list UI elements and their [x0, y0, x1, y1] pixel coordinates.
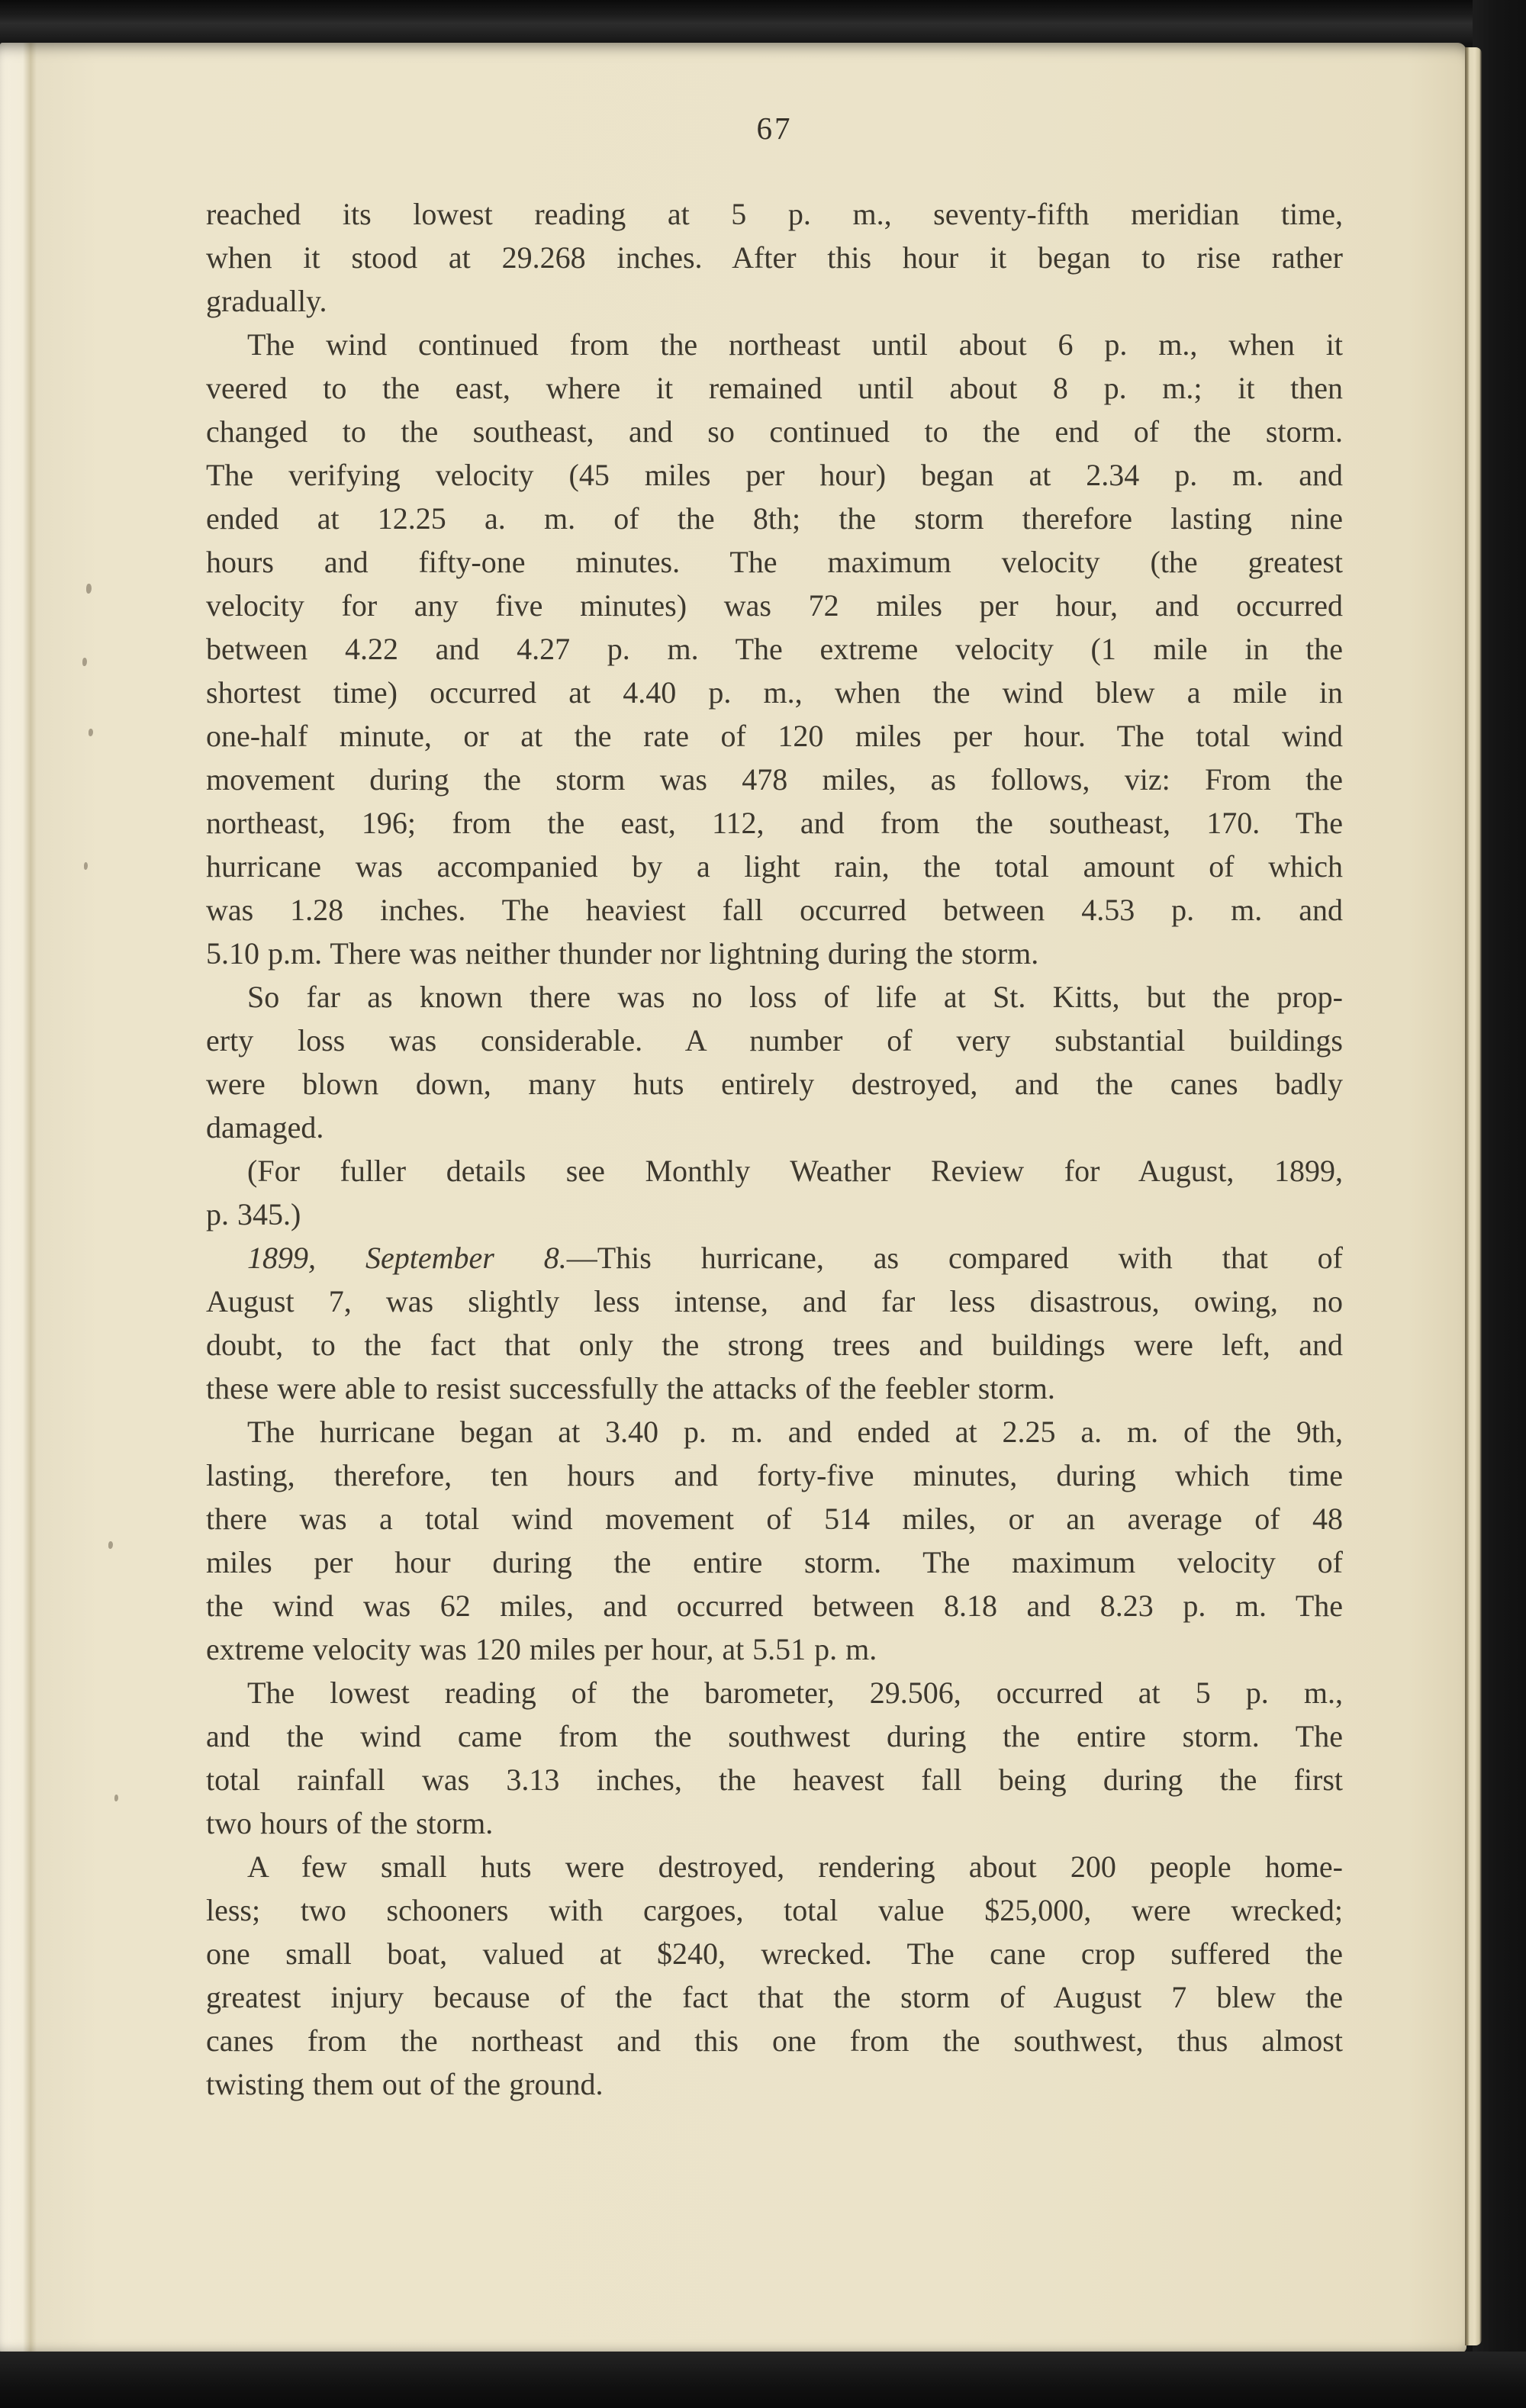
text-line: ended at 12.25 a. m. of the 8th; the sto… — [206, 497, 1343, 540]
text-line: A few small huts were destroyed, renderi… — [206, 1845, 1343, 1888]
text-line: hurricane was accompanied by a light rai… — [206, 845, 1343, 888]
paragraph: (For fuller details see Monthly Weather … — [206, 1149, 1343, 1236]
text-line: one small boat, valued at $240, wrecked.… — [206, 1932, 1343, 1975]
paragraph: A few small huts were destroyed, renderi… — [206, 1845, 1343, 2106]
text-line: The wind continued from the northeast un… — [206, 323, 1343, 366]
text-line: there was a total wind movement of 514 m… — [206, 1497, 1343, 1540]
text-line: gradually. — [206, 279, 1343, 323]
text-line: these were able to resist successfully t… — [206, 1367, 1343, 1410]
text-line: between 4.22 and 4.27 p. m. The extreme … — [206, 627, 1343, 671]
text-line: less; two schooners with cargoes, total … — [206, 1888, 1343, 1932]
text-line: and the wind came from the southwest dur… — [206, 1714, 1343, 1758]
text-line: one-half minute, or at the rate of 120 m… — [206, 714, 1343, 758]
text-line: The verifying velocity (45 miles per hou… — [206, 453, 1343, 497]
text-line: miles per hour during the entire storm. … — [206, 1540, 1343, 1584]
text-line: velocity for any five minutes) was 72 mi… — [206, 584, 1343, 627]
text-line: greatest injury because of the fact that… — [206, 1975, 1343, 2019]
text-line: changed to the southeast, and so continu… — [206, 410, 1343, 453]
paragraph: The lowest reading of the barometer, 29.… — [206, 1671, 1343, 1845]
text-line: (For fuller details see Monthly Weather … — [206, 1149, 1343, 1193]
paragraph: reached its lowest reading at 5 p. m., s… — [206, 192, 1343, 323]
text-segment: —This hurricane, as compared with that o… — [567, 1241, 1343, 1275]
text-block: reached its lowest reading at 5 p. m., s… — [206, 192, 1343, 2106]
text-line: The lowest reading of the barometer, 29.… — [206, 1671, 1343, 1714]
text-line: shortest time) occurred at 4.40 p. m., w… — [206, 671, 1343, 714]
paragraph: The wind continued from the northeast un… — [206, 323, 1343, 975]
text-line: movement during the storm was 478 miles,… — [206, 758, 1343, 801]
text-line: twisting them out of the ground. — [206, 2062, 1343, 2106]
text-line: doubt, to the fact that only the strong … — [206, 1323, 1343, 1367]
text-line: damaged. — [206, 1106, 1343, 1149]
text-line: was 1.28 inches. The heaviest fall occur… — [206, 888, 1343, 932]
text-line: veered to the east, where it remained un… — [206, 366, 1343, 410]
text-line: two hours of the storm. — [206, 1801, 1343, 1845]
text-line: 1899, September 8.—This hurricane, as co… — [206, 1236, 1343, 1280]
text-line: reached its lowest reading at 5 p. m., s… — [206, 192, 1343, 236]
paragraph: 1899, September 8.—This hurricane, as co… — [206, 1236, 1343, 1410]
text-line: 5.10 p.m. There was neither thunder nor … — [206, 932, 1343, 975]
text-line: when it stood at 29.268 inches. After th… — [206, 236, 1343, 279]
text-line: northeast, 196; from the east, 112, and … — [206, 801, 1343, 845]
text-line: erty loss was considerable. A number of … — [206, 1019, 1343, 1062]
book-cover-bottom-edge — [0, 2352, 1526, 2408]
book-cover-top-edge — [0, 0, 1526, 43]
text-line: total rainfall was 3.13 inches, the heav… — [206, 1758, 1343, 1801]
page-edge-stack — [1465, 47, 1482, 2345]
paragraph: So far as known there was no loss of lif… — [206, 975, 1343, 1149]
text-line: So far as known there was no loss of lif… — [206, 975, 1343, 1019]
text-line: were blown down, many huts entirely dest… — [206, 1062, 1343, 1106]
text-line: hours and fifty-one minutes. The maximum… — [206, 540, 1343, 584]
text-line: canes from the northeast and this one fr… — [206, 2019, 1343, 2062]
page-number: 67 — [206, 110, 1343, 146]
text-line: August 7, was slightly less intense, and… — [206, 1280, 1343, 1323]
paragraph: The hurricane began at 3.40 p. m. and en… — [206, 1410, 1343, 1671]
date-heading-italic: 1899, September 8. — [247, 1241, 567, 1275]
text-line: p. 345.) — [206, 1193, 1343, 1236]
text-line: the wind was 62 miles, and occurred betw… — [206, 1584, 1343, 1627]
text-line: extreme velocity was 120 miles per hour,… — [206, 1627, 1343, 1671]
text-line: lasting, therefore, ten hours and forty-… — [206, 1453, 1343, 1497]
text-line: The hurricane began at 3.40 p. m. and en… — [206, 1410, 1343, 1453]
